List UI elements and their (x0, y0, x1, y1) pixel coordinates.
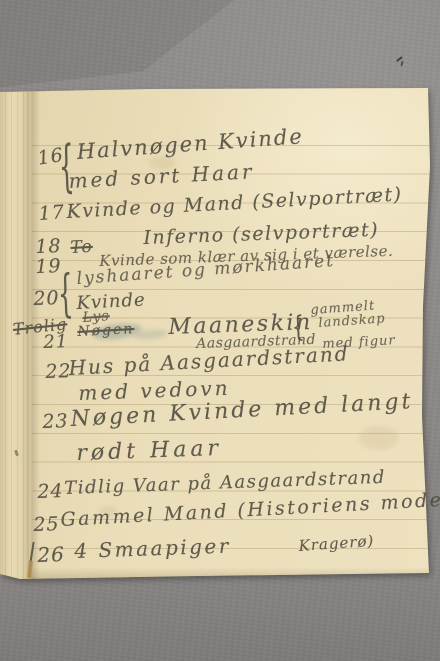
entry-25-number: 25 (33, 513, 60, 536)
entry-21-struck-word-3: Nøgen (77, 321, 135, 340)
background-shadow-wedge (0, 0, 260, 95)
dust-speck (400, 61, 403, 66)
entry-17-number: 17 (38, 201, 66, 225)
entry-18-struck-word: To (70, 237, 93, 258)
entry-23-number: 23 (42, 410, 69, 433)
entry-23-line-2: rødt Haar (76, 436, 222, 466)
entry-26-number: 26 (37, 542, 65, 567)
entry-20-number: 20 (33, 287, 60, 310)
entry-21-number: 21 (43, 331, 69, 353)
entry-24-number: 24 (37, 480, 64, 503)
photo-of-notebook-page: 16 { Halvnøgen Kvinde med sort Haar 17 K… (0, 0, 440, 661)
